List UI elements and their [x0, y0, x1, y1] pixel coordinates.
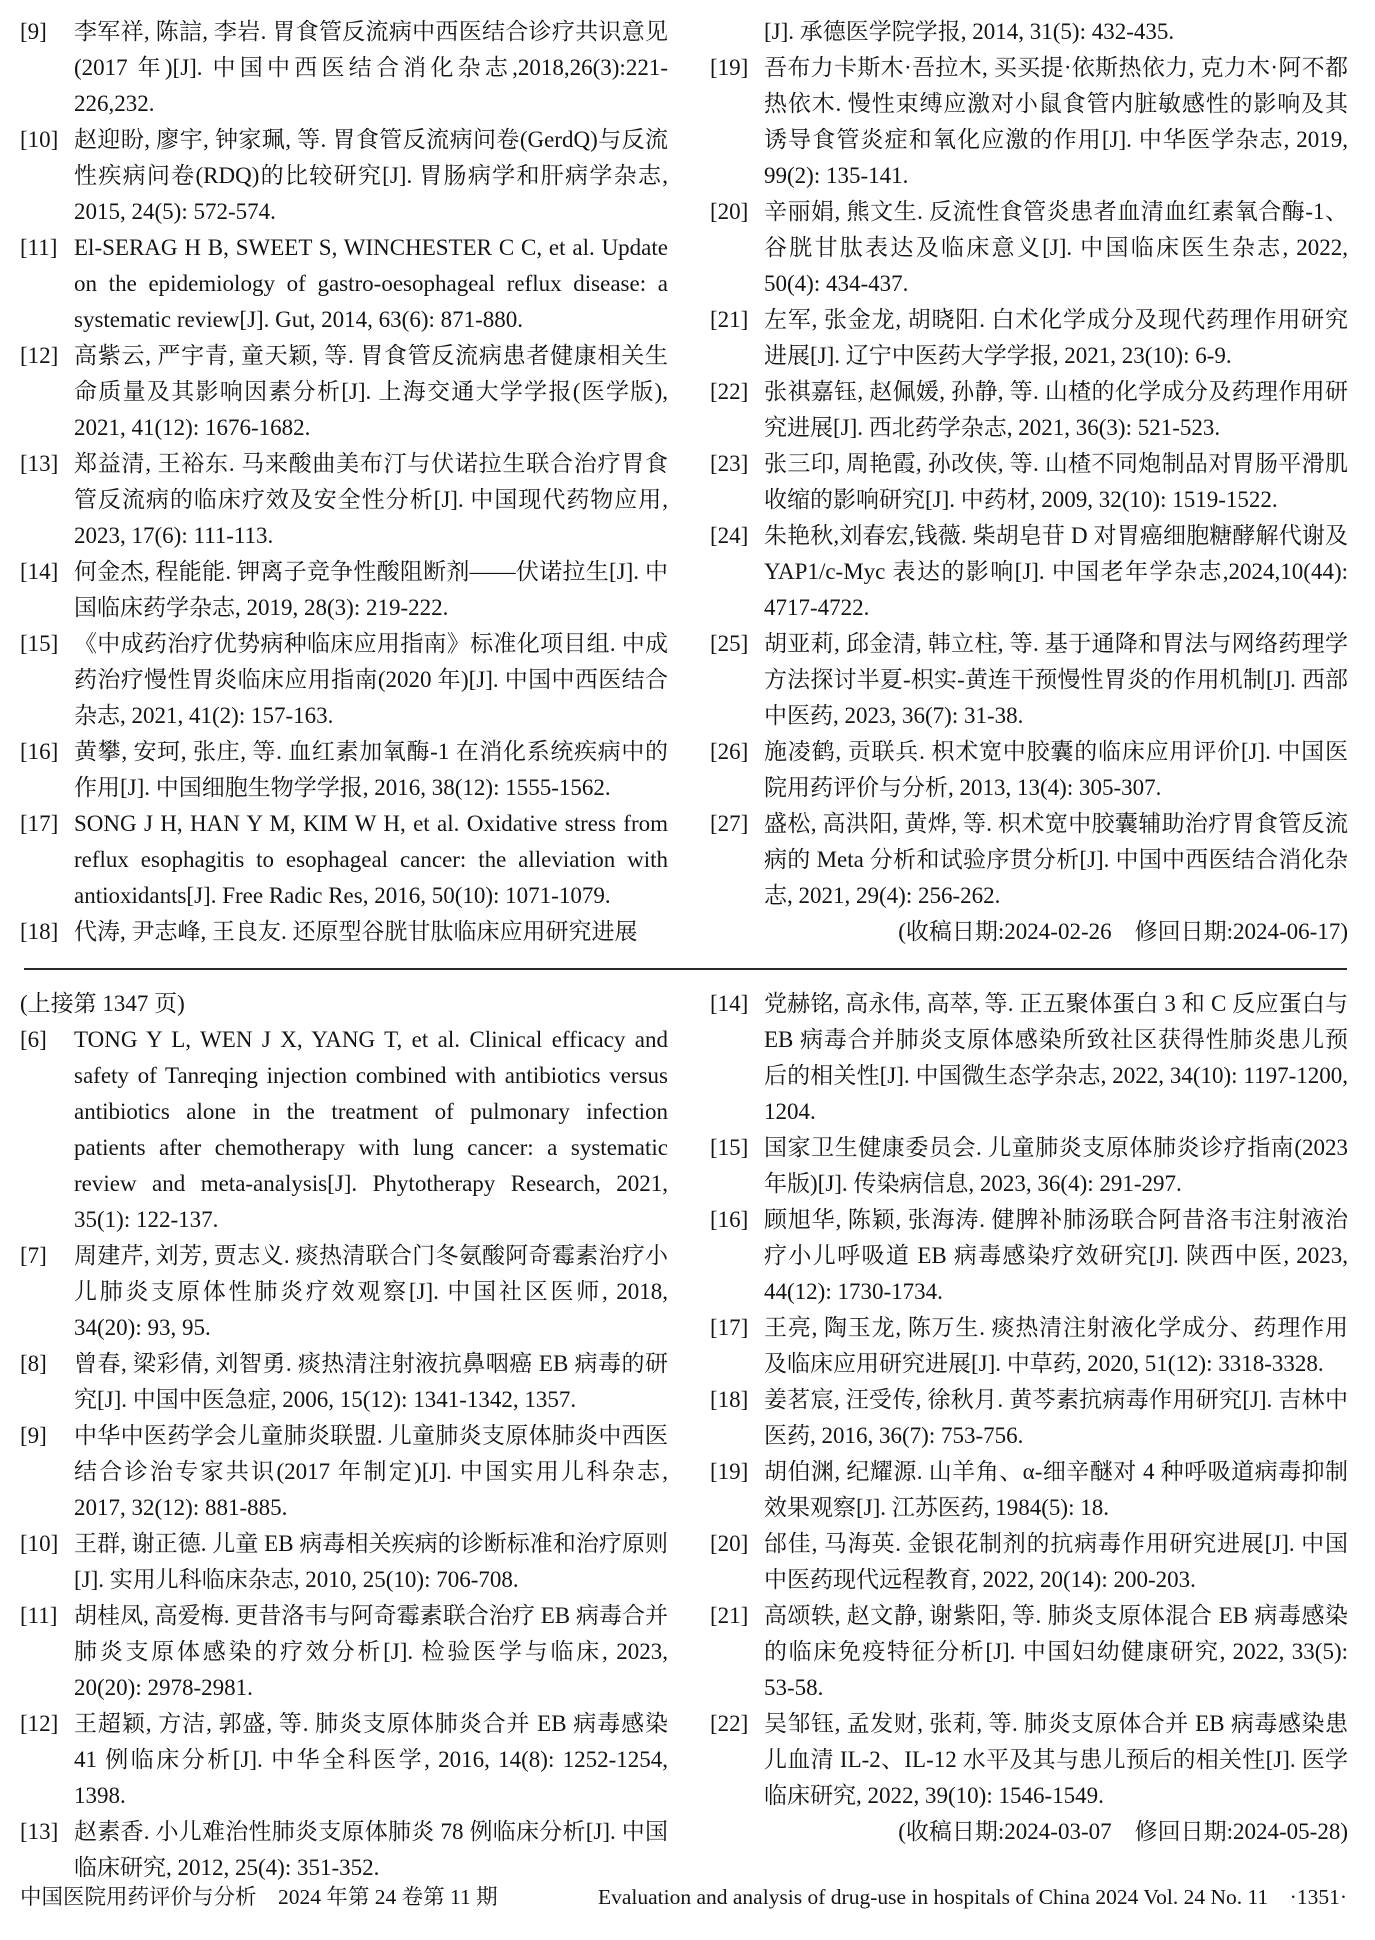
reference-item: [13]郑益清, 王裕东. 马来酸曲美布汀与伏诺拉生联合治疗胃食管反流病的临床疗…	[20, 446, 668, 554]
reference-number: [19]	[710, 1454, 748, 1490]
reference-number: [9]	[20, 1418, 47, 1454]
reference-item: [12]高紫云, 严宇青, 童天颖, 等. 胃食管反流病患者健康相关生命质量及其…	[20, 338, 668, 446]
reference-number: [11]	[20, 230, 57, 266]
reference-item: [15]《中成药治疗优势病种临床应用指南》标准化项目组. 中成药治疗慢性胃炎临床…	[20, 626, 668, 734]
reference-number: [27]	[710, 806, 748, 842]
reference-item: [9]李军祥, 陈誩, 李岩. 胃食管反流病中西医结合诊疗共识意见(2017 年…	[20, 14, 668, 122]
section-divider-rule	[24, 968, 1347, 970]
reference-text: 张祺嘉钰, 赵佩媛, 孙静, 等. 山楂的化学成分及药理作用研究进展[J]. 西…	[764, 379, 1348, 440]
reference-number: [10]	[20, 1526, 58, 1562]
reference-number: [15]	[20, 626, 58, 662]
reference-item: [13]赵素香. 小儿难治性肺炎支原体肺炎 78 例临床分析[J]. 中国临床研…	[20, 1814, 668, 1886]
reference-text: 姜茗宸, 汪受传, 徐秋月. 黄芩素抗病毒作用研究[J]. 吉林中医药, 201…	[764, 1387, 1348, 1448]
reference-number: [12]	[20, 1706, 58, 1742]
reference-item: [22]吴邹钰, 孟发财, 张莉, 等. 肺炎支原体合并 EB 病毒感染患儿血清…	[710, 1706, 1348, 1814]
reference-item: [15]国家卫生健康委员会. 儿童肺炎支原体肺炎诊疗指南(2023 年版)[J]…	[710, 1130, 1348, 1202]
reference-text: 张三印, 周艳霞, 孙改侠, 等. 山楂不同炮制品对胃肠平滑肌收缩的影响研究[J…	[764, 451, 1348, 512]
journal-page: [9]李军祥, 陈誩, 李岩. 胃食管反流病中西医结合诊疗共识意见(2017 年…	[0, 0, 1375, 1940]
reference-number: [22]	[710, 1706, 748, 1742]
reference-number: [21]	[710, 1598, 748, 1634]
reference-number: [23]	[710, 446, 748, 482]
reference-item: [16]顾旭华, 陈颖, 张海涛. 健脾补肺汤联合阿昔洛韦注射液治疗小儿呼吸道 …	[710, 1202, 1348, 1310]
reference-number: [24]	[710, 518, 748, 554]
reference-item: [17]SONG J H, HAN Y M, KIM W H, et al. O…	[20, 806, 668, 914]
reference-text: 代涛, 尹志峰, 王良友. 还原型谷胱甘肽临床应用研究进展	[74, 919, 638, 944]
reference-item: [11]胡桂凤, 高爱梅. 更昔洛韦与阿奇霉素联合治疗 EB 病毒合并肺炎支原体…	[20, 1598, 668, 1706]
received-revised-dates: (收稿日期:2024-02-26 修回日期:2024-06-17)	[710, 914, 1348, 950]
footer-journal-title-cn: 中国医院用药评价与分析 2024 年第 24 卷第 11 期	[20, 1882, 498, 1912]
reference-text: 国家卫生健康委员会. 儿童肺炎支原体肺炎诊疗指南(2023 年版)[J]. 传染…	[764, 1135, 1348, 1196]
reference-item: [8]曾春, 梁彩倩, 刘智勇. 痰热清注射液抗鼻咽癌 EB 病毒的研究[J].…	[20, 1346, 668, 1418]
reference-list: [J]. 承德医学院学报, 2014, 31(5): 432-435.[19]吾…	[710, 14, 1348, 914]
reference-number: [18]	[710, 1382, 748, 1418]
reference-item: [14]何金杰, 程能能. 钾离子竞争性酸阻断剂——伏诺拉生[J]. 中国临床药…	[20, 554, 668, 626]
reference-text: 胡亚莉, 邱金清, 韩立柱, 等. 基于通降和胃法与网络药理学方法探讨半夏-枳实…	[764, 631, 1348, 728]
reference-item: [22]张祺嘉钰, 赵佩媛, 孙静, 等. 山楂的化学成分及药理作用研究进展[J…	[710, 374, 1348, 446]
reference-text: 左军, 张金龙, 胡晓阳. 白术化学成分及现代药理作用研究进展[J]. 辽宁中医…	[764, 307, 1348, 368]
reference-number: [9]	[20, 14, 47, 50]
reference-number: [15]	[710, 1130, 748, 1166]
reference-text: 王亮, 陶玉龙, 陈万生. 痰热清注射液化学成分、药理作用及临床应用研究进展[J…	[764, 1315, 1348, 1376]
reference-item: [21]左军, 张金龙, 胡晓阳. 白术化学成分及现代药理作用研究进展[J]. …	[710, 302, 1348, 374]
references-section2-left-column: (上接第 1347 页) [6]TONG Y L, WEN J X, YANG …	[20, 986, 668, 1886]
reference-item: [10]赵迎盼, 廖宇, 钟家珮, 等. 胃食管反流病问卷(GerdQ)与反流性…	[20, 122, 668, 230]
reference-text: 曾春, 梁彩倩, 刘智勇. 痰热清注射液抗鼻咽癌 EB 病毒的研究[J]. 中国…	[74, 1351, 668, 1412]
reference-item: [23]张三印, 周艳霞, 孙改侠, 等. 山楂不同炮制品对胃肠平滑肌收缩的影响…	[710, 446, 1348, 518]
reference-text: TONG Y L, WEN J X, YANG T, et al. Clinic…	[74, 1027, 668, 1232]
reference-number: [13]	[20, 446, 58, 482]
reference-text: 赵迎盼, 廖宇, 钟家珮, 等. 胃食管反流病问卷(GerdQ)与反流性疾病问卷…	[74, 127, 668, 224]
reference-text: 赵素香. 小儿难治性肺炎支原体肺炎 78 例临床分析[J]. 中国临床研究, 2…	[74, 1819, 668, 1880]
reference-text: SONG J H, HAN Y M, KIM W H, et al. Oxida…	[74, 811, 668, 908]
reference-number: [16]	[20, 734, 58, 770]
reference-text: 王群, 谢正德. 儿童 EB 病毒相关疾病的诊断标准和治疗原则[J]. 实用儿科…	[74, 1531, 668, 1592]
reference-item: [20]辛丽娟, 熊文生. 反流性食管炎患者血清血红素氧合酶-1、谷胱甘肽表达及…	[710, 194, 1348, 302]
reference-item: [16]黄攀, 安珂, 张庄, 等. 血红素加氧酶-1 在消化系统疾病中的作用[…	[20, 734, 668, 806]
reference-item: [19]胡伯渊, 纪耀源. 山羊角、α-细辛醚对 4 种呼吸道病毒抑制效果观察[…	[710, 1454, 1348, 1526]
reference-text: [J]. 承德医学院学报, 2014, 31(5): 432-435.	[764, 19, 1174, 44]
reference-number: [20]	[710, 1526, 748, 1562]
references-section2-right-column: [14]党赫铭, 高永伟, 高萃, 等. 正五聚体蛋白 3 和 C 反应蛋白与 …	[710, 986, 1348, 1850]
reference-number: [11]	[20, 1598, 57, 1634]
reference-number: [10]	[20, 122, 58, 158]
reference-text: 朱艳秋,刘春宏,钱薇. 柴胡皂苷 D 对胃癌细胞糖酵解代谢及 YAP1/c-My…	[764, 523, 1348, 620]
reference-item: [20]邰佳, 马海英. 金银花制剂的抗病毒作用研究进展[J]. 中国中医药现代…	[710, 1526, 1348, 1598]
reference-item: [24]朱艳秋,刘春宏,钱薇. 柴胡皂苷 D 对胃癌细胞糖酵解代谢及 YAP1/…	[710, 518, 1348, 626]
reference-number: [26]	[710, 734, 748, 770]
reference-text: 李军祥, 陈誩, 李岩. 胃食管反流病中西医结合诊疗共识意见(2017 年)[J…	[74, 19, 668, 116]
reference-number: [17]	[20, 806, 58, 842]
references-section1-right-column: [J]. 承德医学院学报, 2014, 31(5): 432-435.[19]吾…	[710, 14, 1348, 950]
reference-number: [13]	[20, 1814, 58, 1850]
reference-item: [J]. 承德医学院学报, 2014, 31(5): 432-435.	[710, 14, 1348, 50]
continued-from-page-note: (上接第 1347 页)	[20, 986, 668, 1022]
reference-number: [14]	[20, 554, 58, 590]
reference-list: [14]党赫铭, 高永伟, 高萃, 等. 正五聚体蛋白 3 和 C 反应蛋白与 …	[710, 986, 1348, 1814]
reference-text: 高颂轶, 赵文静, 谢紫阳, 等. 肺炎支原体混合 EB 病毒感染的临床免疫特征…	[764, 1603, 1348, 1700]
reference-number: [6]	[20, 1022, 47, 1058]
reference-item: [27]盛松, 高洪阳, 黄烨, 等. 枳术宽中胶囊辅助治疗胃食管反流病的 Me…	[710, 806, 1348, 914]
reference-number: [12]	[20, 338, 58, 374]
reference-item: [18]姜茗宸, 汪受传, 徐秋月. 黄芩素抗病毒作用研究[J]. 吉林中医药,…	[710, 1382, 1348, 1454]
reference-item: [17]王亮, 陶玉龙, 陈万生. 痰热清注射液化学成分、药理作用及临床应用研究…	[710, 1310, 1348, 1382]
reference-text: 邰佳, 马海英. 金银花制剂的抗病毒作用研究进展[J]. 中国中医药现代远程教育…	[764, 1531, 1348, 1592]
reference-number: [25]	[710, 626, 748, 662]
reference-text: 高紫云, 严宇青, 童天颖, 等. 胃食管反流病患者健康相关生命质量及其影响因素…	[74, 343, 668, 440]
received-revised-dates: (收稿日期:2024-03-07 修回日期:2024-05-28)	[710, 1814, 1348, 1850]
reference-text: 党赫铭, 高永伟, 高萃, 等. 正五聚体蛋白 3 和 C 反应蛋白与 EB 病…	[764, 991, 1348, 1124]
reference-number: [17]	[710, 1310, 748, 1346]
reference-text: 何金杰, 程能能. 钾离子竞争性酸阻断剂——伏诺拉生[J]. 中国临床药学杂志,…	[74, 559, 668, 620]
reference-text: 胡桂凤, 高爱梅. 更昔洛韦与阿奇霉素联合治疗 EB 病毒合并肺炎支原体感染的疗…	[74, 1603, 668, 1700]
reference-text: 辛丽娟, 熊文生. 反流性食管炎患者血清血红素氧合酶-1、谷胱甘肽表达及临床意义…	[764, 199, 1348, 296]
reference-text: 吾布力卡斯木·吾拉木, 买买提·依斯热依力, 克力木·阿不都热依木. 慢性束缚应…	[764, 55, 1348, 188]
reference-item: [19]吾布力卡斯木·吾拉木, 买买提·依斯热依力, 克力木·阿不都热依木. 慢…	[710, 50, 1348, 194]
reference-text: El-SERAG H B, SWEET S, WINCHESTER C C, e…	[74, 235, 668, 332]
reference-text: 黄攀, 安珂, 张庄, 等. 血红素加氧酶-1 在消化系统疾病中的作用[J]. …	[74, 739, 668, 800]
reference-text: 顾旭华, 陈颖, 张海涛. 健脾补肺汤联合阿昔洛韦注射液治疗小儿呼吸道 EB 病…	[764, 1207, 1348, 1304]
reference-text: 胡伯渊, 纪耀源. 山羊角、α-细辛醚对 4 种呼吸道病毒抑制效果观察[J]. …	[764, 1459, 1348, 1520]
reference-text: 施凌鹤, 贡联兵. 枳术宽中胶囊的临床应用评价[J]. 中国医院用药评价与分析,…	[764, 739, 1348, 800]
reference-item: [21]高颂轶, 赵文静, 谢紫阳, 等. 肺炎支原体混合 EB 病毒感染的临床…	[710, 1598, 1348, 1706]
reference-item: [7]周建芹, 刘芳, 贾志义. 痰热清联合门冬氨酸阿奇霉素治疗小儿肺炎支原体性…	[20, 1238, 668, 1346]
reference-text: 盛松, 高洪阳, 黄烨, 等. 枳术宽中胶囊辅助治疗胃食管反流病的 Meta 分…	[764, 811, 1348, 908]
reference-item: [14]党赫铭, 高永伟, 高萃, 等. 正五聚体蛋白 3 和 C 反应蛋白与 …	[710, 986, 1348, 1130]
reference-text: 王超颖, 方洁, 郭盛, 等. 肺炎支原体肺炎合并 EB 病毒感染 41 例临床…	[74, 1711, 668, 1808]
reference-item: [12]王超颖, 方洁, 郭盛, 等. 肺炎支原体肺炎合并 EB 病毒感染 41…	[20, 1706, 668, 1814]
reference-text: 吴邹钰, 孟发财, 张莉, 等. 肺炎支原体合并 EB 病毒感染患儿血清 IL-…	[764, 1711, 1348, 1808]
page-footer: 中国医院用药评价与分析 2024 年第 24 卷第 11 期 Evaluatio…	[20, 1882, 1347, 1912]
reference-text: 周建芹, 刘芳, 贾志义. 痰热清联合门冬氨酸阿奇霉素治疗小儿肺炎支原体性肺炎疗…	[74, 1243, 668, 1340]
reference-number: [18]	[20, 914, 58, 950]
reference-text: 郑益清, 王裕东. 马来酸曲美布汀与伏诺拉生联合治疗胃食管反流病的临床疗效及安全…	[74, 451, 668, 548]
reference-number: [20]	[710, 194, 748, 230]
reference-number: [14]	[710, 986, 748, 1022]
reference-number: [7]	[20, 1238, 47, 1274]
reference-number: [8]	[20, 1346, 47, 1382]
reference-text: 中华中医药学会儿童肺炎联盟. 儿童肺炎支原体肺炎中西医结合诊治专家共识(2017…	[74, 1423, 668, 1520]
reference-item: [6]TONG Y L, WEN J X, YANG T, et al. Cli…	[20, 1022, 668, 1238]
footer-journal-title-en-page-number: Evaluation and analysis of drug-use in h…	[598, 1882, 1347, 1912]
reference-number: [19]	[710, 50, 748, 86]
reference-item: [25]胡亚莉, 邱金清, 韩立柱, 等. 基于通降和胃法与网络药理学方法探讨半…	[710, 626, 1348, 734]
reference-number: [16]	[710, 1202, 748, 1238]
reference-text: 《中成药治疗优势病种临床应用指南》标准化项目组. 中成药治疗慢性胃炎临床应用指南…	[74, 631, 668, 728]
reference-item: [11]El-SERAG H B, SWEET S, WINCHESTER C …	[20, 230, 668, 338]
reference-number: [22]	[710, 374, 748, 410]
references-section1-left-column: [9]李军祥, 陈誩, 李岩. 胃食管反流病中西医结合诊疗共识意见(2017 年…	[20, 14, 668, 950]
reference-item: [26]施凌鹤, 贡联兵. 枳术宽中胶囊的临床应用评价[J]. 中国医院用药评价…	[710, 734, 1348, 806]
reference-item: [18]代涛, 尹志峰, 王良友. 还原型谷胱甘肽临床应用研究进展	[20, 914, 668, 950]
reference-item: [9]中华中医药学会儿童肺炎联盟. 儿童肺炎支原体肺炎中西医结合诊治专家共识(2…	[20, 1418, 668, 1526]
reference-list: [6]TONG Y L, WEN J X, YANG T, et al. Cli…	[20, 1022, 668, 1886]
reference-number: [21]	[710, 302, 748, 338]
reference-item: [10]王群, 谢正德. 儿童 EB 病毒相关疾病的诊断标准和治疗原则[J]. …	[20, 1526, 668, 1598]
